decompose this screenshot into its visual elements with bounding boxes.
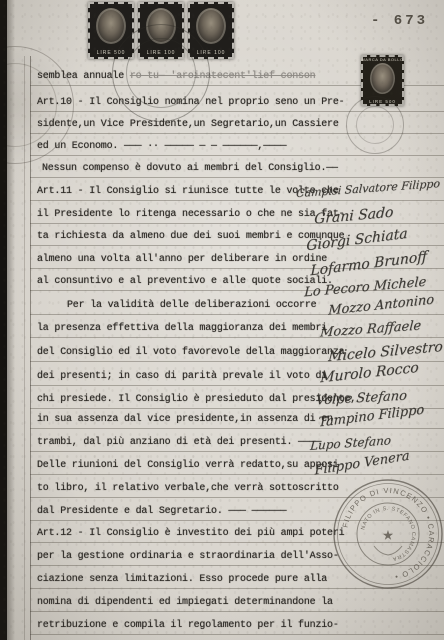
handwritten-signature: Grani Sado <box>314 204 394 227</box>
postmark-circle-icon <box>112 24 210 122</box>
handwritten-signature: Giorgi Schiata <box>306 226 407 255</box>
ruled-line <box>30 245 444 246</box>
line-text: per la gestione ordinaria e straordinari… <box>37 551 339 562</box>
ruled-line <box>30 385 444 386</box>
scan-edge-shadow <box>7 0 15 640</box>
line-text: Per la validità delle deliberazioni occo… <box>67 300 316 311</box>
notary-seal-icon: FILIPPO DI VINCENZO • CARACCIOLO • NATO … <box>330 476 444 592</box>
document-line: il Presidente lo ritenga necessario o ch… <box>37 209 344 220</box>
handwritten-signature: Campisi Salvatore Filippo <box>296 177 441 200</box>
line-text: sidente,un Vice Presidente,un Segretario… <box>37 119 339 130</box>
document-line: Art.12 - Il Consiglio è investito dei pi… <box>37 528 344 539</box>
line-text: Nessun compenso è dovuto ai membri del C… <box>42 163 338 174</box>
document-line: ciazione senza limitazioni. Esso procede… <box>37 574 327 585</box>
document-line: nomina di dipendenti ed impiegati determ… <box>37 597 333 608</box>
document-line: dal Presidente e dal Segretario. ——— ———… <box>37 506 286 517</box>
ruled-line <box>30 200 444 201</box>
document-line: la presenza effettiva della maggioranza … <box>37 323 327 334</box>
postmark-inner-ring <box>356 106 394 144</box>
document-line: to libro, il relativo verbale,che verrà … <box>37 483 339 494</box>
document-line: per la gestione ordinaria e straordinari… <box>37 551 339 562</box>
star-emblem-icon: ★ <box>382 524 393 546</box>
italia-head-icon <box>196 8 226 44</box>
ruled-line <box>30 361 444 362</box>
document-line: dei presenti; in caso di parità prevale … <box>37 371 327 382</box>
document-line: in sua assenza dal vice presidente,in as… <box>37 414 339 425</box>
document-line: almeno una volta all'anno per deliberare… <box>37 254 327 265</box>
ruled-line <box>30 428 444 429</box>
document-line: Delle riunioni del Consiglio verrà redat… <box>37 460 344 471</box>
scan-edge-black <box>0 0 7 640</box>
document-line: Art.11 - Il Consiglio si riunisce tutte … <box>37 186 339 197</box>
document-line: al consuntivo e al preventivo e alle quo… <box>37 276 333 287</box>
document-line: sidente,un Vice Presidente,un Segretario… <box>37 119 339 130</box>
document-line: retribuzione e compila il regolamento pe… <box>37 620 339 631</box>
ruled-line <box>30 223 444 224</box>
italia-head-icon <box>96 8 126 44</box>
postmark-side-icon <box>346 96 404 154</box>
document-line: Nessun compenso è dovuto ai membri del C… <box>42 163 338 174</box>
stamp-title: MARCA DA BOLLO <box>361 57 404 62</box>
line-text: Art.12 - Il Consiglio è investito dei pi… <box>37 528 344 539</box>
ruled-line <box>30 611 444 612</box>
postmark-inner-ring <box>126 38 196 108</box>
line-text: la presenza effettiva della maggioranza … <box>37 323 327 334</box>
italia-head-icon <box>370 63 395 94</box>
ruled-line <box>30 337 444 338</box>
line-text: in sua assenza dal vice presidente,in as… <box>37 414 339 425</box>
page-number: - 673 <box>371 13 428 29</box>
document-line: Per la validità delle deliberazioni occo… <box>67 300 316 311</box>
document-line: del Consiglio ed il voto favorevole dell… <box>37 347 344 358</box>
scanned-page: { "page": { "corner_number": "- 673" }, … <box>0 0 444 640</box>
line-text: il Presidente lo ritenga necessario o ch… <box>37 209 344 220</box>
ruled-line <box>30 314 444 315</box>
line-text: dei presenti; in caso di parità prevale … <box>37 371 327 382</box>
line-text: dal Presidente e dal Segretario. ——— ———… <box>37 506 286 517</box>
line-text: to libro, il relativo verbale,che verrà … <box>37 483 339 494</box>
line-text: ta richiesta da almeno due dei suoi memb… <box>37 231 344 242</box>
line-text: chi presiede. Il Consiglio è presieduto … <box>37 394 356 405</box>
line-text: trambi, dal più anziano di età dei prese… <box>37 437 321 448</box>
line-text: Art.11 - Il Consiglio si riunisce tutte … <box>37 186 339 197</box>
document-line: chi presiede. Il Consiglio è presieduto … <box>37 394 356 405</box>
ruled-line <box>30 634 444 635</box>
document-line: ed un Economo. ——— ·· ————— — — ——————,—… <box>37 141 286 152</box>
line-text: del Consiglio ed il voto favorevole dell… <box>37 347 344 358</box>
line-text: nomina di dipendenti ed impiegati determ… <box>37 597 333 608</box>
line-text: almeno una volta all'anno per deliberare… <box>37 254 327 265</box>
line-text: ed un Economo. ——— ·· ————— — — ——————,—… <box>37 141 286 152</box>
handwritten-signature: Lupo Stefano <box>310 433 392 453</box>
ruled-line <box>30 177 444 178</box>
line-text: al consuntivo e al preventivo e alle quo… <box>37 276 333 287</box>
ruled-line <box>30 155 444 156</box>
ruled-line <box>30 474 444 475</box>
handwritten-signature: Lofarmo Brunoff <box>310 249 427 279</box>
line-text: Delle riunioni del Consiglio verrà redat… <box>37 460 344 471</box>
line-text: retribuzione e compila il regolamento pe… <box>37 620 339 631</box>
document-line: ta richiesta da almeno due dei suoi memb… <box>37 231 344 242</box>
line-text: ciazione senza limitazioni. Esso procede… <box>37 574 327 585</box>
document-line: trambi, dal più anziano di età dei prese… <box>37 437 321 448</box>
